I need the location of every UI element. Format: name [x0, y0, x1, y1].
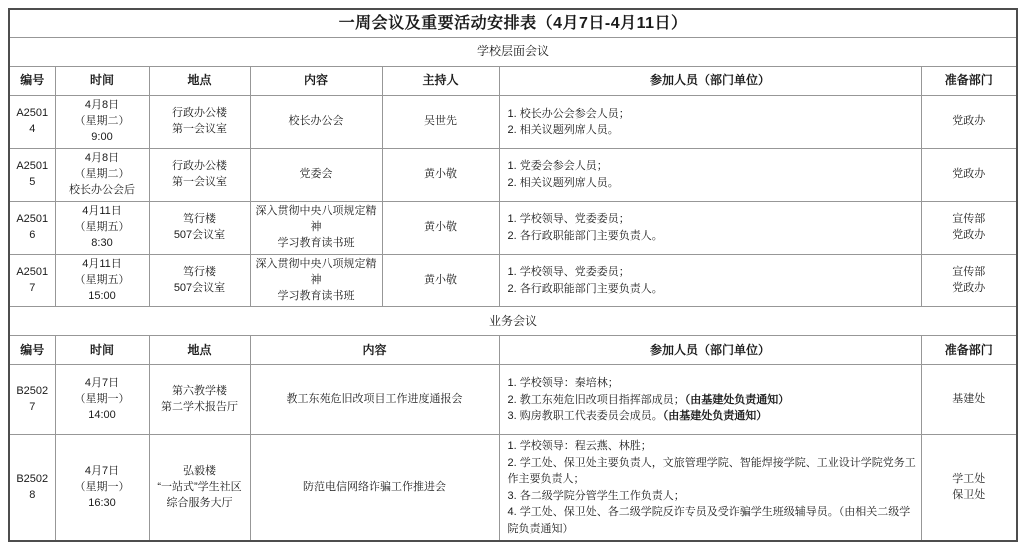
cell-place: 行政办公楼第一会议室 [149, 149, 250, 202]
cell-line: （星期五） [60, 273, 145, 289]
participant-line: 2. 教工东苑危旧改项目指挥部成员；（由基建处负责通知） [508, 392, 917, 409]
column-header: 编号 [9, 67, 55, 96]
title-row: 一周会议及重要活动安排表（4月7日-4月11日） [9, 9, 1017, 38]
cell-line: 笃行楼 [154, 265, 246, 281]
column-header: 内容 [250, 67, 382, 96]
participant-text: 2. 各行政职能部门主要负责人。 [508, 230, 663, 242]
cell-prep-department: 党政办 [921, 96, 1017, 149]
cell-participants: 1. 学校领导、党委委员；2. 各行政职能部门主要负责人。 [499, 254, 921, 307]
cell-prep-department: 党政办 [921, 149, 1017, 202]
participant-text: 2. 教工东苑危旧改项目指挥部成员； [508, 394, 685, 406]
cell-line: （星期五） [60, 220, 145, 236]
table-row: A250144月8日（星期二）9:00行政办公楼第一会议室校长办公会吴世先1. … [9, 96, 1017, 149]
cell-meeting-id: A25015 [9, 149, 55, 202]
participant-text: 1. 党委会参会人员； [508, 160, 608, 172]
cell-line: 校长办公会 [255, 114, 378, 130]
cell-line: 弘毅楼 [154, 464, 246, 480]
participant-text: 3. 各二级学院分管学生工作负责人； [508, 490, 685, 501]
column-header: 内容 [250, 336, 499, 365]
cell-content: 深入贯彻中央八项规定精神学习教育读书班 [250, 254, 382, 307]
column-header: 时间 [55, 67, 149, 96]
participant-text: 1. 学校领导、党委委员； [508, 213, 630, 225]
cell-line: 16:30 [60, 496, 145, 501]
section-title-row: 学校层面会议 [9, 38, 1017, 67]
cell-participants: 1. 学校领导：程云燕、林胜；2. 学工处、保卫处主要负责人，文旅管理学院、智能… [499, 435, 921, 501]
participant-line: 1. 党委会参会人员； [508, 158, 917, 175]
cell-line: 党政办 [926, 281, 1013, 297]
cell-line: 第六教学楼 [154, 384, 246, 400]
table-row: B250284月7日（星期一）16:30弘毅楼“一站式”学生社区综合服务大厅防范… [9, 435, 1017, 501]
cell-line: （星期一） [60, 392, 145, 408]
column-header: 时间 [55, 336, 149, 365]
cell-line: 学习教育读书班 [255, 236, 378, 252]
section-title: 业务会议 [9, 307, 1017, 336]
participant-text: 2. 各行政职能部门主要负责人。 [508, 283, 663, 295]
cell-line: 基建处 [926, 392, 1013, 408]
cell-line: 第一会议室 [154, 122, 246, 138]
cell-meeting-id: A25016 [9, 201, 55, 254]
participant-text: 3. 购房教职工代表委员会成员。 [508, 410, 663, 422]
cell-time: 4月11日（星期五）8:30 [55, 201, 149, 254]
cell-line: 4月8日 [60, 98, 145, 114]
cell-meeting-id: B25027 [9, 365, 55, 435]
cell-participants: 1. 校长办公会参会人员；2. 相关议题列席人员。 [499, 96, 921, 149]
column-header: 准备部门 [921, 336, 1017, 365]
cell-content: 校长办公会 [250, 96, 382, 149]
cell-line: 宣传部 [926, 212, 1013, 228]
participant-line: 1. 学校领导、党委委员； [508, 211, 917, 228]
cell-line: 防范电信网络诈骗工作推进会 [255, 480, 495, 496]
participant-line: 1. 学校领导：秦培林； [508, 375, 917, 392]
column-header: 主持人 [382, 67, 499, 96]
weekly-schedule-sheet: 一周会议及重要活动安排表（4月7日-4月11日） 学校层面会议编号时间地点内容主… [8, 8, 1016, 501]
notice-bold-text: （由基建处负责通知） [663, 410, 768, 422]
cell-host: 黄小敬 [382, 254, 499, 307]
page-title: 一周会议及重要活动安排表（4月7日-4月11日） [9, 9, 1017, 38]
cell-line: 学习教育读书班 [255, 289, 378, 305]
cell-prep-department: 宣传部党政办 [921, 201, 1017, 254]
cell-time: 4月11日（星期五）15:00 [55, 254, 149, 307]
cell-line: 4月11日 [60, 257, 145, 273]
participant-text: 1. 学校领导、党委委员； [508, 266, 630, 278]
cell-place: 弘毅楼“一站式”学生社区综合服务大厅 [149, 435, 250, 501]
cell-place: 第六教学楼第二学术报告厅 [149, 365, 250, 435]
section-title: 学校层面会议 [9, 38, 1017, 67]
participant-line: 3. 各二级学院分管学生工作负责人； [508, 488, 917, 501]
cell-time: 4月7日（星期一）14:00 [55, 365, 149, 435]
cell-participants: 1. 学校领导、党委委员；2. 各行政职能部门主要负责人。 [499, 201, 921, 254]
cell-prep-department: 学工处保卫处 [921, 435, 1017, 501]
cell-host: 黄小敬 [382, 149, 499, 202]
cell-line: 深入贯彻中央八项规定精神 [255, 204, 378, 236]
participant-line: 3. 购房教职工代表委员会成员。（由基建处负责通知） [508, 408, 917, 425]
cell-meeting-id: A25017 [9, 254, 55, 307]
cell-line: 第一会议室 [154, 175, 246, 191]
participant-text: 1. 校长办公会参会人员； [508, 108, 630, 120]
participant-line: 1. 学校领导、党委委员； [508, 264, 917, 281]
cell-line: 宣传部 [926, 265, 1013, 281]
cell-line: （星期一） [60, 480, 145, 496]
cell-line: 4月7日 [60, 376, 145, 392]
cell-time: 4月8日（星期二）校长办公会后 [55, 149, 149, 202]
table-row: A250174月11日（星期五）15:00笃行楼507会议室深入贯彻中央八项规定… [9, 254, 1017, 307]
cell-host: 黄小敬 [382, 201, 499, 254]
participant-text: 2. 相关议题列席人员。 [508, 177, 619, 189]
cell-line: 14:00 [60, 408, 145, 424]
participant-line: 1. 学校领导：程云燕、林胜； [508, 438, 917, 455]
cell-line: 第二学术报告厅 [154, 400, 246, 416]
participant-line: 2. 各行政职能部门主要负责人。 [508, 281, 917, 298]
participant-line: 2. 相关议题列席人员。 [508, 122, 917, 139]
cell-prep-department: 宣传部党政办 [921, 254, 1017, 307]
table-row: B250274月7日（星期一）14:00第六教学楼第二学术报告厅教工东苑危旧改项… [9, 365, 1017, 435]
cell-line: 15:00 [60, 289, 145, 305]
column-header-row: 编号时间地点内容主持人参加人员（部门单位）准备部门 [9, 67, 1017, 96]
cell-line: 行政办公楼 [154, 159, 246, 175]
participant-text: 2. 相关议题列席人员。 [508, 124, 619, 136]
cell-place: 笃行楼507会议室 [149, 254, 250, 307]
cell-host: 吴世先 [382, 96, 499, 149]
column-header: 参加人员（部门单位） [499, 67, 921, 96]
cell-line: 8:30 [60, 236, 145, 252]
cell-line: 行政办公楼 [154, 106, 246, 122]
cell-meeting-id: A25014 [9, 96, 55, 149]
cell-line: 教工东苑危旧改项目工作进度通报会 [255, 392, 495, 408]
cell-content: 教工东苑危旧改项目工作进度通报会 [250, 365, 499, 435]
notice-bold-text: （由基建处负责通知） [685, 394, 790, 406]
cell-line: 4月7日 [60, 464, 145, 480]
cell-line: 党政办 [926, 167, 1013, 183]
column-header: 地点 [149, 67, 250, 96]
cell-time: 4月7日（星期一）16:30 [55, 435, 149, 501]
participant-line: 2. 各行政职能部门主要负责人。 [508, 228, 917, 245]
cell-line: 507会议室 [154, 228, 246, 244]
column-header-row: 编号时间地点内容参加人员（部门单位）准备部门 [9, 336, 1017, 365]
cell-line: 党政办 [926, 114, 1013, 130]
column-header: 地点 [149, 336, 250, 365]
cell-place: 行政办公楼第一会议室 [149, 96, 250, 149]
cell-line: 9:00 [60, 130, 145, 146]
participant-line: 1. 校长办公会参会人员； [508, 106, 917, 123]
cell-time: 4月8日（星期二）9:00 [55, 96, 149, 149]
cell-line: （星期二） [60, 167, 145, 183]
cell-line: 党委会 [255, 167, 378, 183]
table-row: A250164月11日（星期五）8:30笃行楼507会议室深入贯彻中央八项规定精… [9, 201, 1017, 254]
table-row: A250154月8日（星期二）校长办公会后行政办公楼第一会议室党委会黄小敬1. … [9, 149, 1017, 202]
participant-text: 1. 学校领导：秦培林； [508, 377, 619, 389]
cell-content: 深入贯彻中央八项规定精神学习教育读书班 [250, 201, 382, 254]
cell-line: 保卫处 [926, 488, 1013, 501]
cell-content: 党委会 [250, 149, 382, 202]
cell-line: 学工处 [926, 472, 1013, 488]
cell-line: 4月8日 [60, 151, 145, 167]
cell-line: 党政办 [926, 228, 1013, 244]
cell-prep-department: 基建处 [921, 365, 1017, 435]
section-title-row: 业务会议 [9, 307, 1017, 336]
cell-line: 笃行楼 [154, 212, 246, 228]
cell-line: “一站式”学生社区 [154, 480, 246, 496]
column-header: 参加人员（部门单位） [499, 336, 921, 365]
cell-line: （星期二） [60, 114, 145, 130]
cell-participants: 1. 学校领导：秦培林；2. 教工东苑危旧改项目指挥部成员；（由基建处负责通知）… [499, 365, 921, 435]
cell-participants: 1. 党委会参会人员；2. 相关议题列席人员。 [499, 149, 921, 202]
cell-meeting-id: B25028 [9, 435, 55, 501]
participant-text: 2. 学工处、保卫处主要负责人，文旅管理学院、智能焊接学院、工业设计学院党务工作… [508, 457, 916, 486]
schedule-table: 一周会议及重要活动安排表（4月7日-4月11日） 学校层面会议编号时间地点内容主… [8, 8, 1018, 501]
cell-line: 507会议室 [154, 281, 246, 297]
column-header: 编号 [9, 336, 55, 365]
cell-line: 4月11日 [60, 204, 145, 220]
participant-text: 1. 学校领导：程云燕、林胜； [508, 440, 652, 452]
cell-place: 笃行楼507会议室 [149, 201, 250, 254]
participant-line: 2. 学工处、保卫处主要负责人，文旅管理学院、智能焊接学院、工业设计学院党务工作… [508, 455, 917, 488]
cell-content: 防范电信网络诈骗工作推进会 [250, 435, 499, 501]
cell-line: 深入贯彻中央八项规定精神 [255, 257, 378, 289]
column-header: 准备部门 [921, 67, 1017, 96]
participant-line: 2. 相关议题列席人员。 [508, 175, 917, 192]
cell-line: 校长办公会后 [60, 183, 145, 199]
cell-line: 综合服务大厅 [154, 496, 246, 501]
